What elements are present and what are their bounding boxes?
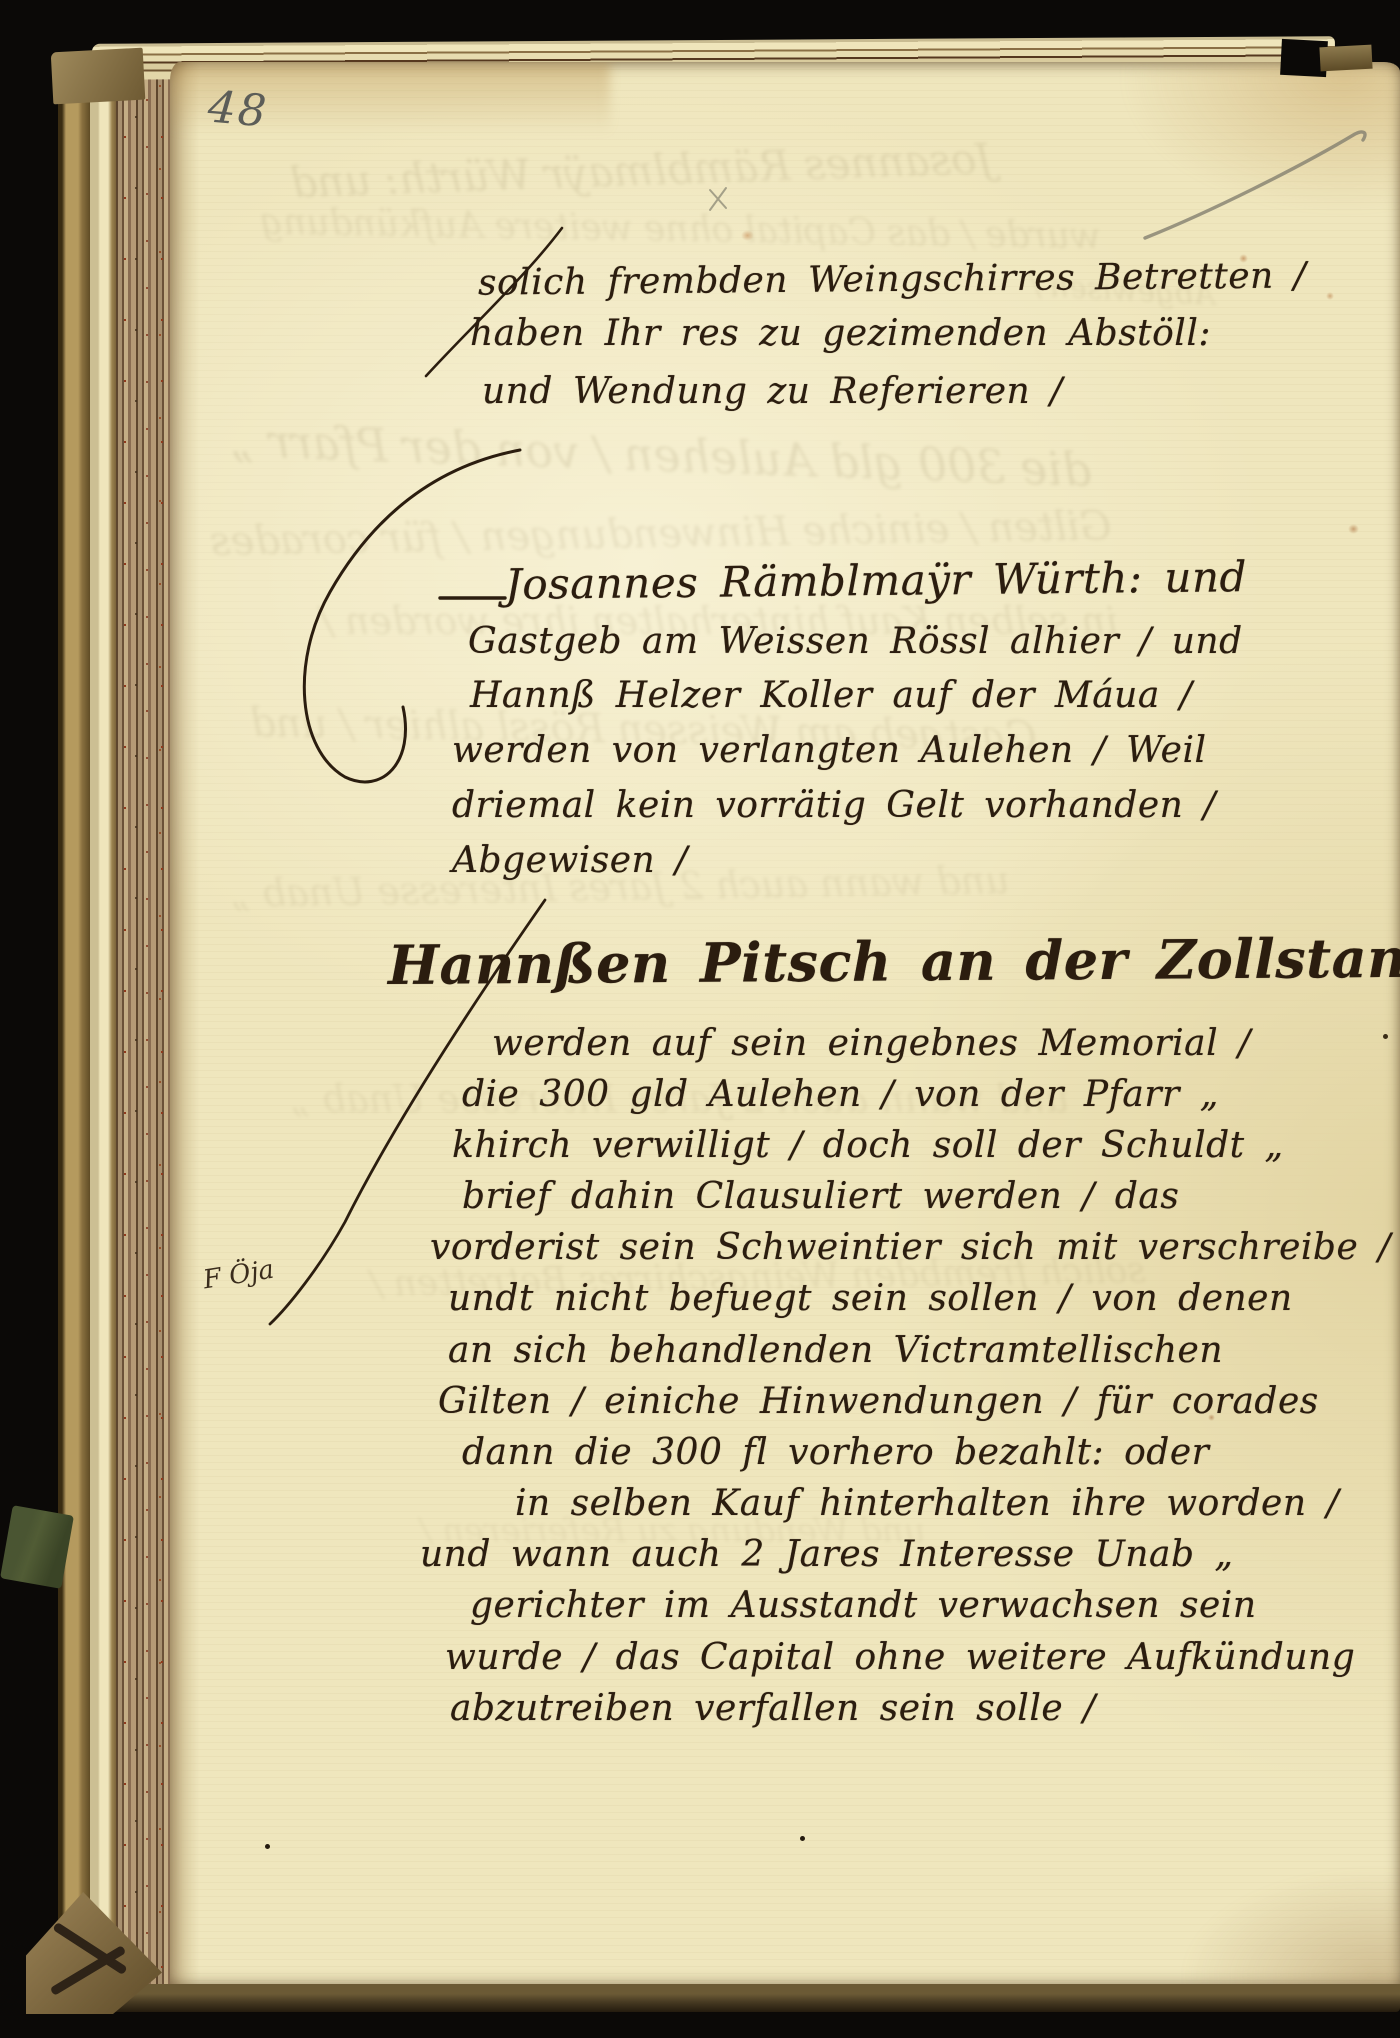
text-line: dann die 300 fl vorhero bezahlt: oder — [462, 1435, 1209, 1471]
foxing-spot — [1326, 292, 1334, 300]
show-through-text: wurde / das Capital ohne weitere Aufkünd… — [260, 205, 1101, 256]
text-line: in selben Kauf hinterhalten ihre worden … — [515, 1486, 1339, 1522]
text-line: werden von verlangten Aulehen / Weil — [452, 733, 1207, 769]
text-line: wurde / das Capital ohne weitere Aufkünd… — [445, 1640, 1355, 1676]
text-line: Gilten / einiche Hinwendungen / für cora… — [438, 1384, 1319, 1420]
show-through-text: die 300 gld Aulehen / von der Pfarr „ — [229, 417, 1092, 493]
text-line: Abgewisen / — [452, 843, 688, 879]
foxing-spot — [1348, 524, 1359, 534]
show-through-text: Gilten / einiche Hinwendungen / für cora… — [210, 506, 1112, 562]
stain — [1180, 1868, 1400, 1988]
text-line: und wann auch 2 Jares Interesse Unab „ — [420, 1537, 1234, 1573]
text-line: werden auf sein eingebnes Memorial / — [492, 1026, 1251, 1062]
ink-speck — [265, 1844, 270, 1849]
book-cover-edge — [58, 80, 92, 1996]
pencil-stroke — [1145, 132, 1365, 238]
text-line: an sich behandlenden Victramtellischen — [448, 1333, 1223, 1369]
text-line: solich frembden Weingschirres Betretten … — [478, 258, 1307, 301]
ink-speck — [1383, 1034, 1388, 1039]
show-through-text: Josannes Rämblmaÿr Würth: und — [289, 138, 993, 205]
foxing-spot — [741, 230, 754, 241]
cover-corner-top-right — [1319, 45, 1372, 72]
book-fore-edge-speckled — [116, 62, 174, 1990]
text-line: khirch verwilligt / doch soll der Schuld… — [452, 1128, 1284, 1164]
bottom-cover-edge — [94, 1984, 1400, 2012]
text-line: Gastgeb am Weissen Rössl alhier / und — [468, 624, 1243, 660]
text-line: die 300 gld Aulehen / von der Pfarr „ — [462, 1077, 1219, 1113]
manuscript-page: Josannes Rämblmaÿr Würth: und wurde / da… — [170, 62, 1400, 1988]
text-line: abzutreiben verfallen sein solle / — [450, 1691, 1096, 1727]
text-line: gerichter im Ausstandt verwachsen sein — [470, 1588, 1257, 1624]
entry-opening-line: Josannes Rämblmaÿr Würth: und — [505, 556, 1247, 606]
text-line: Hannß Helzer Koller auf der Máua / — [470, 678, 1192, 714]
pencil-cross-mark — [710, 188, 726, 210]
margin-note: F Öja — [201, 1255, 276, 1296]
green-cloth-tie — [0, 1505, 74, 1589]
ink-speck — [800, 1836, 805, 1841]
text-line: brief dahin Clausuliert werden / das — [462, 1179, 1179, 1215]
page-block-edge — [90, 70, 118, 1992]
stain — [1120, 62, 1400, 212]
text-line: undt nicht befuegt sein sollen / von den… — [448, 1281, 1293, 1317]
cover-corner-top-left — [51, 48, 146, 105]
entry-heading: Hannßen Pitsch an der Zollstangen — [388, 930, 1400, 992]
text-line: und Wendung zu Referieren / — [482, 374, 1063, 410]
text-line: driemal kein vorrätig Gelt vorhanden / — [452, 788, 1216, 824]
text-line: vorderist sein Schweintier sich mit vers… — [430, 1230, 1391, 1266]
folio-number: 48 — [206, 81, 270, 137]
photograph-of-manuscript-book: Josannes Rämblmaÿr Würth: und wurde / da… — [0, 0, 1400, 2038]
text-line: haben Ihr res zu gezimenden Abstöll: — [470, 316, 1211, 352]
